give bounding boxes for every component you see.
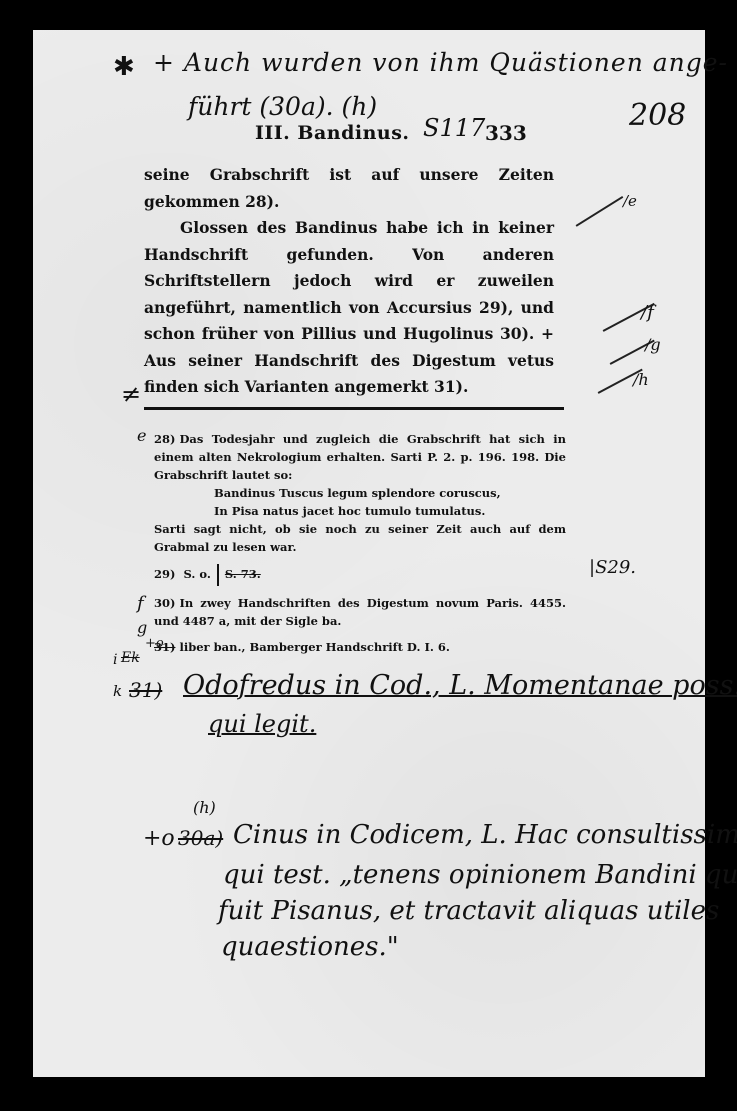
handwritten-note-30a-line-1: Cinus in Codicem, L. Hac consultissima, — [233, 820, 737, 850]
epitaph-line-2: In Pisa natus jacet hoc tumulo tumulatus… — [154, 502, 566, 520]
margin-slash — [576, 196, 623, 226]
footnote-30: 30)In zwey Handschriften des Digestum no… — [154, 594, 566, 630]
right-margin-mark-f: /f — [641, 302, 654, 323]
running-head-title: III. Bandinus. — [255, 122, 410, 144]
margin-letter-i: i — [113, 652, 117, 668]
right-margin-mark-g: /g — [645, 335, 661, 354]
right-margin-page-ref: |S29. — [589, 557, 636, 578]
body-text: seine Grabschrift ist auf unsere Zeiten … — [144, 162, 554, 401]
handwritten-section-ref: S117 — [423, 114, 485, 142]
handwritten-note-number: 30a) — [178, 826, 223, 850]
handwritten-note-30a-line-3: fuit Pisanus, et tractavit aliquas utile… — [218, 896, 719, 926]
footnote-28: 28)Das Todesjahr und zugleich die Grabsc… — [154, 430, 566, 556]
footnotes: 28)Das Todesjahr und zugleich die Grabsc… — [154, 430, 566, 660]
handwritten-bar — [217, 564, 219, 586]
margin-letter-k: k — [113, 682, 122, 700]
footnote-29: 29) S. o. S. 73. — [154, 564, 566, 586]
footnote-text-after: Sarti sagt nicht, ob sie noch zu seiner … — [154, 520, 566, 556]
footnote-number: 28) — [154, 432, 175, 446]
superscript-h: (h) — [193, 798, 216, 817]
right-margin-mark-h: /h — [633, 370, 649, 389]
footnote-number: 29) — [154, 567, 175, 581]
handwritten-note-31-line-2: qui legit. — [208, 710, 316, 738]
footnote-text: Das Todesjahr und zugleich die Grabschri… — [154, 432, 566, 482]
right-margin-mark-e: /e — [623, 192, 637, 210]
footnote-number: 30) — [154, 596, 175, 610]
epitaph-line-1: Bandinus Tuscus legum splendore coruscus… — [154, 484, 566, 502]
margin-letter-f: f — [137, 593, 144, 614]
margin-letter-e: e — [137, 426, 146, 445]
footnote-divider — [144, 407, 564, 410]
footnote-text: S. o. — [183, 567, 210, 581]
handwritten-note-31-line-1: Odofredus in Cod., L. Momentanae poss. — [183, 670, 737, 701]
margin-letter-g: g — [137, 618, 147, 637]
folio-number: 208 — [629, 98, 686, 133]
struck-reference: S. 73. — [225, 567, 261, 581]
body-paragraph-1: seine Grabschrift ist auf unsere Zeiten … — [144, 162, 554, 215]
body-paragraph-2: Glossen des Bandinus habe ich in keiner … — [144, 215, 554, 401]
handwritten-top-line-2: führt (30a). (h) — [188, 92, 377, 121]
asterisk-mark: ✱ — [113, 52, 135, 82]
handwritten-note-number: 31) — [129, 678, 162, 702]
footnote-text: In zwey Handschriften des Digestum novum… — [154, 596, 566, 628]
page-number: 333 — [485, 121, 527, 145]
insertion-mark: ≠ — [121, 380, 141, 408]
handwritten-note-30a-line-2: qui test. „tenens opinionem Bandini qui — [223, 860, 737, 890]
footnote-text: liber ban., Bamberger Handschrift D. I. … — [179, 640, 449, 654]
handwritten-top-line-1: + Auch wurden von ihm Quästionen ange- — [153, 48, 728, 77]
handwritten-note-30a-line-4: quaestiones." — [221, 932, 399, 962]
added-mark: +o — [145, 636, 164, 651]
footnote-31: 31)liber ban., Bamberger Handschrift D. … — [154, 638, 566, 656]
document-page: ✱ + Auch wurden von ihm Quästionen ange-… — [33, 30, 705, 1077]
struck-margin-note: Ek — [121, 650, 140, 666]
handwritten-insert-mark: +o — [143, 826, 175, 851]
